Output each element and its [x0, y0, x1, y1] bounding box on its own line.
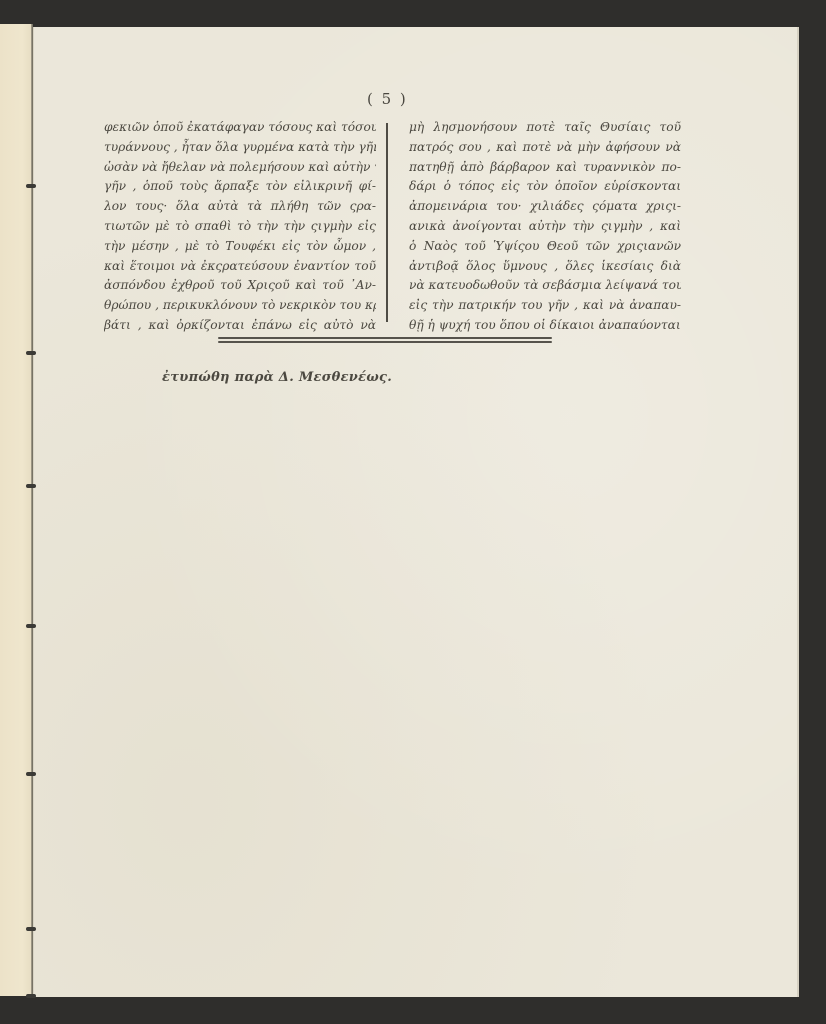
text-line: τιωτῶν μὲ τὸ σπαθὶ τὸ τὴν τὴν ςιγμὴν εἰς: [104, 217, 376, 237]
text-line: πατρός σου , καὶ ποτὲ νὰ μὴν ἀφήσουν νὰ: [409, 138, 681, 158]
text-line: πατηθῇ ἀπὸ βάρβαρον καὶ τυραννικὸν πο-: [409, 158, 681, 178]
binding-stitch: [26, 927, 36, 931]
left-text-column: φεκιῶν ὁποῦ ἐκατάφαγαν τόσους καὶ τόσους…: [104, 118, 376, 336]
binding-stitch: [26, 994, 36, 998]
rule-line: [218, 341, 552, 343]
text-line: καὶ ἕτοιμοι νὰ ἐκςρατεύσουν ἐναντίον τοῦ: [104, 257, 376, 277]
end-double-rule: [218, 337, 552, 343]
text-line: ανικὰ ἀνοίγονται αὐτὴν τὴν ςιγμὴν , καὶ: [409, 217, 681, 237]
binding-gutter: [31, 24, 33, 996]
binding-stitch: [26, 624, 36, 628]
left-page-edge: [0, 24, 32, 996]
right-text-column: μὴ λησμονήσουν ποτὲ ταῖς Θυσίαις τοῦ πατ…: [409, 118, 681, 336]
text-line: εἰς τὴν πατρικήν του γῆν , καὶ νὰ ἀναπαυ…: [409, 296, 681, 316]
text-line: γῆν , ὁποῦ τοὺς ἅρπαξε τὸν εἰλικρινῆ φί-: [104, 177, 376, 197]
text-line: νὰ κατευοδωθοῦν τὰ σεβάσμια λείψανά του: [409, 276, 681, 296]
text-line: τὴν μέσην , μὲ τὸ Τουφέκι εἰς τὸν ὦμον ,: [104, 237, 376, 257]
text-line: βάτι , καὶ ὀρκίζονται ἐπάνω εἰς αὐτὸ νὰ: [104, 316, 376, 336]
text-line: ἀπομεινάρια του· χιλιάδες ςόματα χριςι-: [409, 197, 681, 217]
text-line: ὁ Ναὸς τοῦ Ὑψίςου Θεοῦ τῶν χριςιανῶν: [409, 237, 681, 257]
rule-line: [218, 337, 552, 339]
printer-imprint: ἐτυπώθη παρὰ Δ. Μεσθενέως.: [162, 370, 392, 385]
binding-stitch: [26, 351, 36, 355]
text-line: ἀντιβοᾷ ὅλος ὕμνους , ὅλες ἱκεσίαις διὰ: [409, 257, 681, 277]
page-right-edge: [797, 27, 799, 997]
text-line: θῇ ἡ ψυχή του ὅπου οἱ δίκαιοι ἀναπαύοντα…: [409, 316, 681, 336]
binding-stitch: [26, 484, 36, 488]
text-line: λον τους· ὅλα αὐτὰ τὰ πλήθη τῶν ςρα-: [104, 197, 376, 217]
text-line: φεκιῶν ὁποῦ ἐκατάφαγαν τόσους καὶ τόσους: [104, 118, 376, 138]
text-line: δάρι ὁ τόπος εἰς τὸν ὁποῖον εὑρίσκονται: [409, 177, 681, 197]
text-line: τυράννους , ἦταν ὅλα γυρμένα κατὰ τὴν γῆ…: [104, 138, 376, 158]
column-divider: [386, 123, 388, 322]
page-number: ( 5 ): [367, 90, 408, 108]
binding-stitch: [26, 184, 36, 188]
text-line: ἀσπόνδου ἐχθροῦ τοῦ Χριςοῦ καὶ τοῦ ᾿Αν-: [104, 276, 376, 296]
text-line: ὡσὰν νὰ ἤθελαν νὰ πολεμήσουν καὶ αὐτὴν τ…: [104, 158, 376, 178]
text-line: θρώπου , περικυκλόνουν τὸ νεκρικὸν του κ…: [104, 296, 376, 316]
text-line: μὴ λησμονήσουν ποτὲ ταῖς Θυσίαις τοῦ: [409, 118, 681, 138]
binding-stitch: [26, 772, 36, 776]
